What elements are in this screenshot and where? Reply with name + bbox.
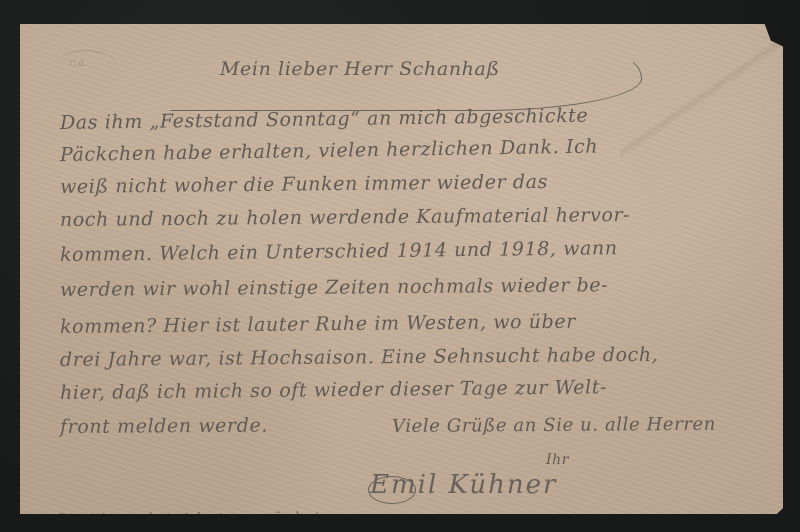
- body-line: hier, daß ich mich so oft wieder dieser …: [60, 376, 607, 404]
- fold-crease: [620, 24, 790, 164]
- body-line: Das ihm „Feststand Sonntag“ an mich abge…: [60, 105, 589, 134]
- body-line: front melden werde.: [60, 415, 268, 438]
- salutation: Mein lieber Herr Schanhaß: [220, 58, 500, 80]
- body-line: Päckchen habe erhalten, vielen herzliche…: [60, 136, 598, 166]
- postscript-note: Die Adresse hat sich etwas geändert.: [58, 510, 325, 527]
- postcard: C.d. Mein lieber Herr Schanhaß Das ihm „…: [20, 24, 783, 514]
- scan-background: C.d. Mein lieber Herr Schanhaß Das ihm „…: [0, 0, 800, 532]
- body-line: kommen. Welch ein Unterschied 1914 und 1…: [60, 237, 618, 266]
- closing-ihr: Ihr: [546, 452, 569, 468]
- signature: Emil Kühner: [370, 470, 557, 500]
- body-line: weiß nicht woher die Funken immer wieder…: [60, 171, 548, 198]
- faint-postmark: C.d.: [56, 50, 116, 80]
- body-line: werden wir wohl einstige Zeiten nochmals…: [60, 274, 608, 301]
- body-line: noch und noch zu holen werdende Kaufmate…: [60, 204, 630, 231]
- closing-greeting: Viele Grüße an Sie u. alle Herren: [392, 414, 716, 437]
- body-line: drei Jahre war, ist Hochsaison. Eine Seh…: [60, 344, 659, 371]
- body-line: kommen? Hier ist lauter Ruhe im Westen, …: [60, 311, 576, 338]
